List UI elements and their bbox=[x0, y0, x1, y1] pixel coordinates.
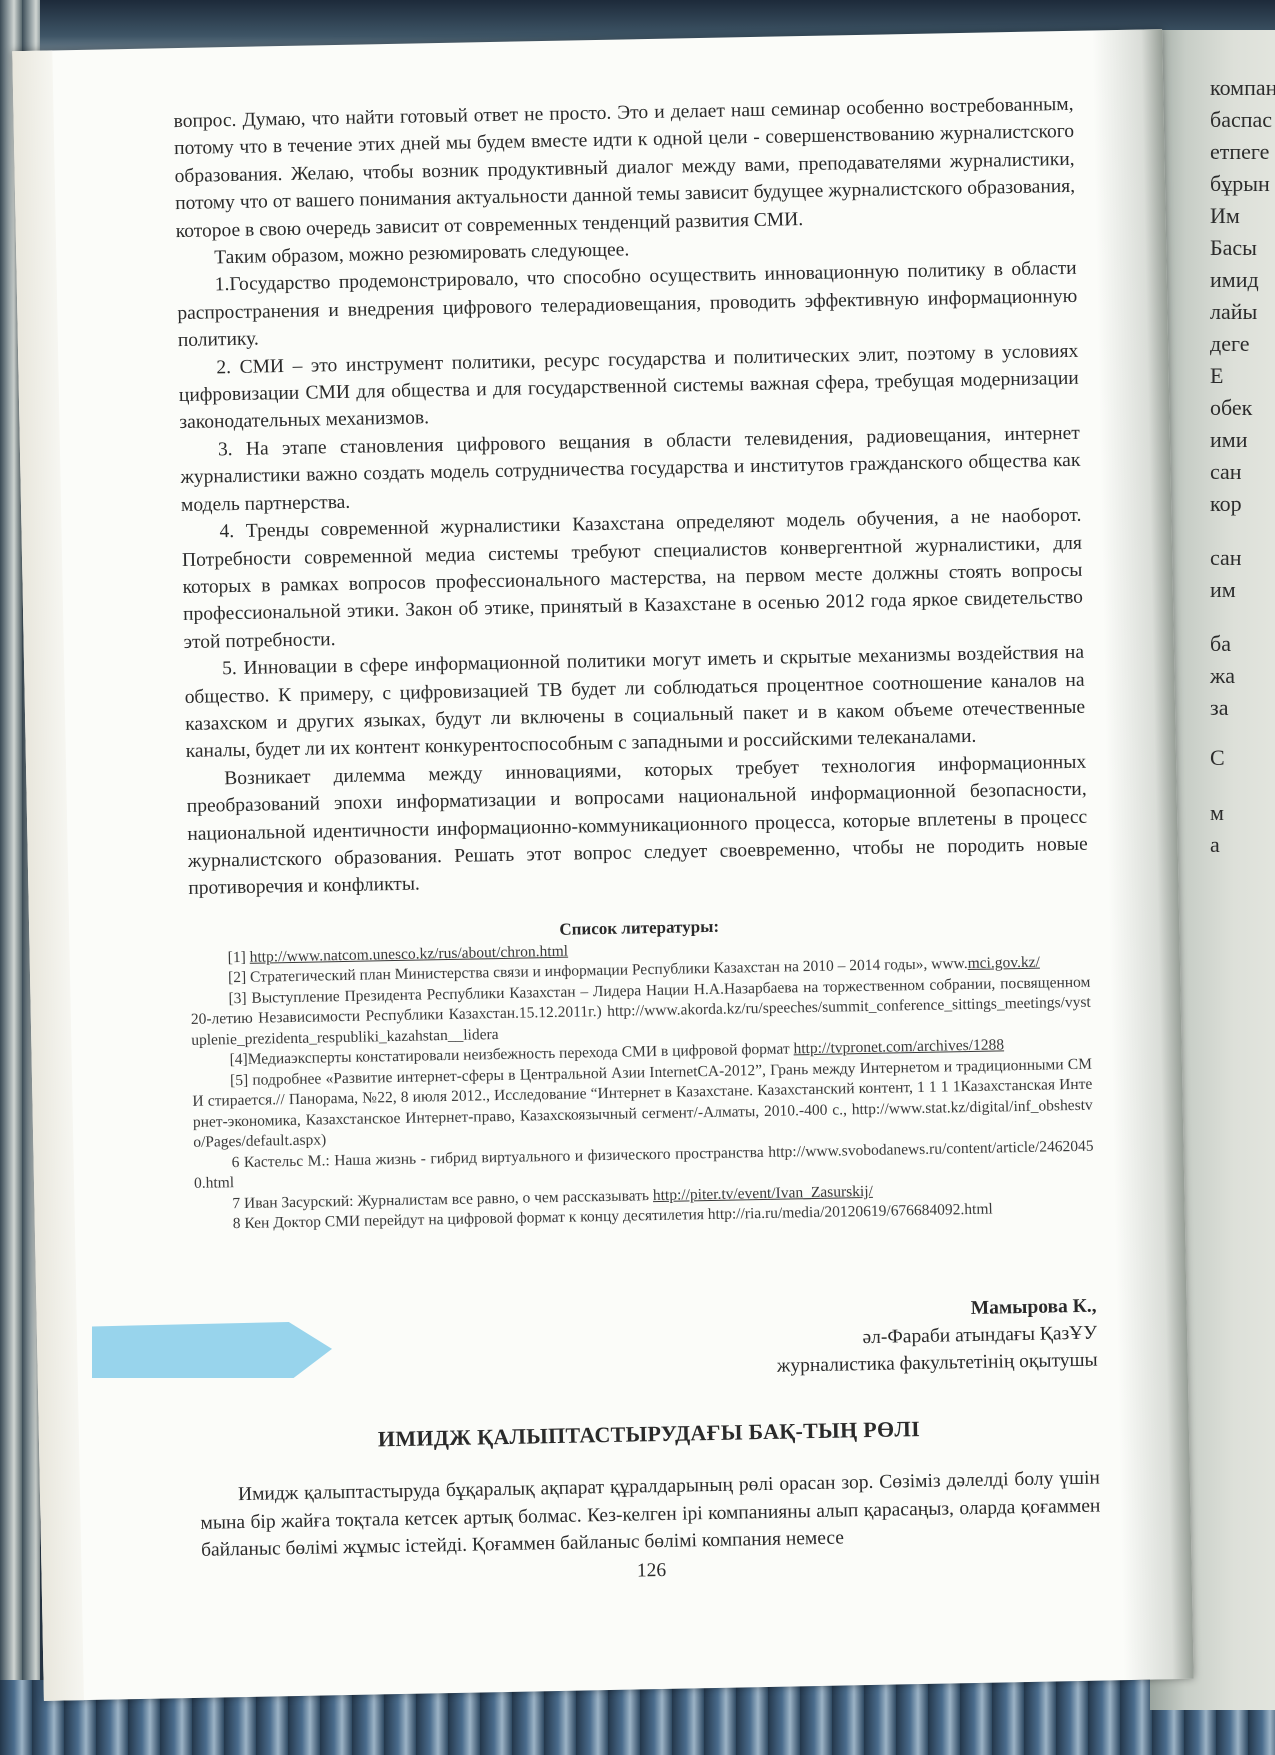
facing-page-fragment: компан bbox=[1210, 75, 1275, 101]
reference-link[interactable]: mci.gov.kz/ bbox=[967, 954, 1039, 972]
facing-page-fragment: баспас bbox=[1210, 107, 1272, 133]
book-page: вопрос. Думаю, что найти готовый ответ н… bbox=[12, 29, 1193, 1701]
facing-page-fragment: жа bbox=[1210, 663, 1235, 689]
facing-page-fragment: бұрын bbox=[1210, 171, 1270, 197]
facing-page-fragment: сан bbox=[1210, 545, 1242, 571]
references-list: [1] http://www.natcom.unesco.kz/rus/abou… bbox=[190, 931, 1095, 1235]
reference-link[interactable]: http://tvpronet.com/archives/1288 bbox=[793, 1037, 1004, 1058]
sticky-note-tab bbox=[92, 1322, 332, 1378]
article-body: вопрос. Думаю, что найти готовый ответ н… bbox=[173, 91, 1088, 903]
page-content: вопрос. Думаю, что найти готовый ответ н… bbox=[173, 91, 1101, 1594]
facing-page-fragment: лайы bbox=[1210, 299, 1257, 325]
facing-page-fragment: етпеге bbox=[1210, 139, 1269, 165]
facing-page-fragment: имид bbox=[1210, 267, 1259, 293]
body-paragraph: 4. Тренды современной журналистики Казах… bbox=[181, 502, 1083, 656]
facing-page-fragment: деге bbox=[1210, 331, 1249, 357]
reference-link[interactable]: http://piter.tv/event/Ivan_Zasurskij/ bbox=[653, 1183, 873, 1204]
facing-page-fragment: им bbox=[1210, 577, 1236, 603]
facing-page-fragment: ба bbox=[1210, 631, 1231, 657]
author-block: Мамырова К., әл-Фараби атындағы ҚазҰУ жу… bbox=[196, 1292, 1097, 1390]
body-paragraph: 5. Инновации в сфере информационной поли… bbox=[184, 639, 1086, 766]
facing-page-fragment: Им bbox=[1210, 203, 1240, 229]
facing-page-fragment: м bbox=[1210, 800, 1224, 826]
facing-page-fragment: ими bbox=[1210, 427, 1247, 453]
facing-page-fragment: а bbox=[1210, 832, 1220, 858]
facing-page-fragment: за bbox=[1210, 695, 1228, 721]
facing-page-fragment: сан bbox=[1210, 459, 1242, 485]
body-paragraph: Возникает дилемма между инновациями, кот… bbox=[186, 748, 1088, 902]
facing-page-fragment: кор bbox=[1210, 491, 1242, 517]
facing-page-fragment: С bbox=[1210, 745, 1225, 771]
next-article-title: ИМИДЖ ҚАЛЫПТАСТЫРУДАҒЫ БАҚ-ТЫҢ РӨЛІ bbox=[199, 1411, 1099, 1456]
body-paragraph: вопрос. Думаю, что найти готовый ответ н… bbox=[173, 91, 1075, 245]
facing-page-fragment: Басы bbox=[1210, 235, 1257, 261]
facing-page-fragment: обек bbox=[1210, 395, 1252, 421]
reference-text: [1] bbox=[228, 949, 250, 966]
next-article-body: Имидж қалыптастыруда бұқаралық ақпарат қ… bbox=[200, 1465, 1101, 1564]
facing-page-fragment: Е bbox=[1210, 363, 1223, 389]
reference-text: [5] подробнее «Развитие интернет-сферы в… bbox=[192, 1055, 1093, 1151]
